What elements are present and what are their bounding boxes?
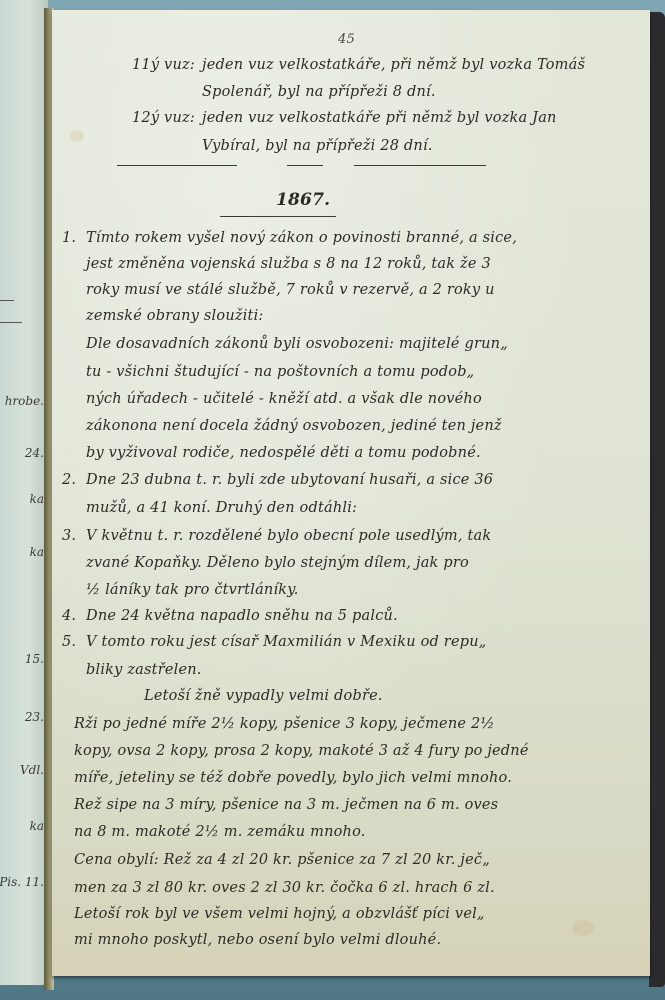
left-page-fragment: hrobe. <box>5 394 44 408</box>
previous-page-edge: hrobe. 24. ka ka 15. 23. Vdl. ka Pis. 11… <box>0 0 48 985</box>
book-cover-edge <box>649 12 665 987</box>
item-line: Dne 23 dubna t. r. byli zde ubytovaní hu… <box>86 472 493 488</box>
entry-label: 12ý vuz: <box>132 110 195 126</box>
item-number: 4. <box>62 608 76 624</box>
left-page-rule <box>0 322 22 323</box>
harvest-line: men za 3 zl 80 kr. oves 2 zl 30 kr. čočk… <box>74 880 495 896</box>
item-number: 5. <box>62 634 76 650</box>
item-line: by vyživoval rodiče, nedospělé děti a to… <box>86 445 481 461</box>
item-line: zvané Kopaňky. Děleno bylo stejným dílem… <box>86 555 469 571</box>
item-number: 2. <box>62 472 76 488</box>
entry-line: jeden vuz velkostatkáře, při němž byl vo… <box>202 57 585 73</box>
left-page-fragment: 15. <box>25 652 44 666</box>
item-line: Dle dosavadních zákonů byli osvobozeni: … <box>86 336 508 352</box>
entry-line: Vybíral, byl na přípřeži 28 dní. <box>202 138 433 154</box>
entry-label: 11ý vuz: <box>132 57 195 73</box>
year-underline <box>220 216 336 217</box>
item-line: mužů, a 41 koní. Druhý den odtáhli: <box>86 500 357 516</box>
entry-line: jeden vuz velkostatkáře při němž byl voz… <box>202 110 557 126</box>
left-page-fragment: Pis. 11. <box>0 875 44 889</box>
left-page-fragment: ka <box>30 492 44 506</box>
entry-line: Spolenář, byl na přípřeži 8 dní. <box>202 84 436 100</box>
item-line: bliky zastřelen. <box>86 662 202 678</box>
harvest-line: Letoší rok byl ve všem velmi hojný, a ob… <box>74 906 485 922</box>
harvest-line: míře, jeteliny se též dobře povedly, byl… <box>74 770 512 786</box>
harvest-line: kopy, ovsa 2 kopy, prosa 2 kopy, makoté … <box>74 743 529 759</box>
item-line: Tímto rokem vyšel nový zákon o povinosti… <box>86 230 517 246</box>
paper-stain <box>572 920 594 936</box>
item-line: zákonona není docela žádný osvobozen, je… <box>86 418 502 434</box>
separator-rule <box>117 165 237 166</box>
left-page-fragment: 24. <box>25 446 44 460</box>
harvest-line: Rži po jedné míře 2½ kopy, pšenice 3 kop… <box>74 716 495 732</box>
harvest-line: na 8 m. makoté 2½ m. zemáku mnoho. <box>74 824 366 840</box>
harvest-line: Cena obylí: Rež za 4 zl 20 kr. pšenice z… <box>74 852 490 868</box>
item-number: 1. <box>62 230 76 246</box>
item-line: jest změněna vojenská služba s 8 na 12 r… <box>86 256 491 272</box>
item-line: zemské obrany sloužiti: <box>86 308 264 324</box>
separator-rule <box>354 165 486 166</box>
separator-rule <box>287 165 323 166</box>
item-line: V květnu t. r. rozdělené bylo obecní pol… <box>86 528 491 544</box>
item-line: roky musí ve stálé službě, 7 roků v reze… <box>86 282 495 298</box>
year-heading: 1867. <box>276 190 330 210</box>
item-number: 3. <box>62 528 76 544</box>
page-number: 45 <box>338 32 355 47</box>
harvest-line: Rež sipe na 3 míry, pšenice na 3 m. ječm… <box>74 797 498 813</box>
document-page: 45 11ý vuz: jeden vuz velkostatkáře, při… <box>52 10 650 976</box>
paper-stain <box>70 130 84 142</box>
left-page-fragment: ka <box>30 819 44 833</box>
item-line: Dne 24 května napadlo sněhu na 5 palců. <box>86 608 398 624</box>
item-line: ných úřadech - učitelé - kněží atd. a vš… <box>86 391 482 407</box>
harvest-heading: Letoší žně vypadly velmi dobře. <box>144 688 383 704</box>
item-line: tu - všichni študující - na poštovních a… <box>86 364 474 380</box>
left-page-fragment: Vdl. <box>20 763 44 777</box>
harvest-line: mi mnoho poskytl, nebo osení bylo velmi … <box>74 932 441 948</box>
item-line: ½ láníky tak pro čtvrtláníky. <box>86 582 299 598</box>
left-page-fragment: ka <box>30 545 44 559</box>
item-line: V tomto roku jest císař Maxmilián v Mexi… <box>86 634 486 650</box>
left-page-rule <box>0 300 14 301</box>
left-page-fragment: 23. <box>25 710 44 724</box>
